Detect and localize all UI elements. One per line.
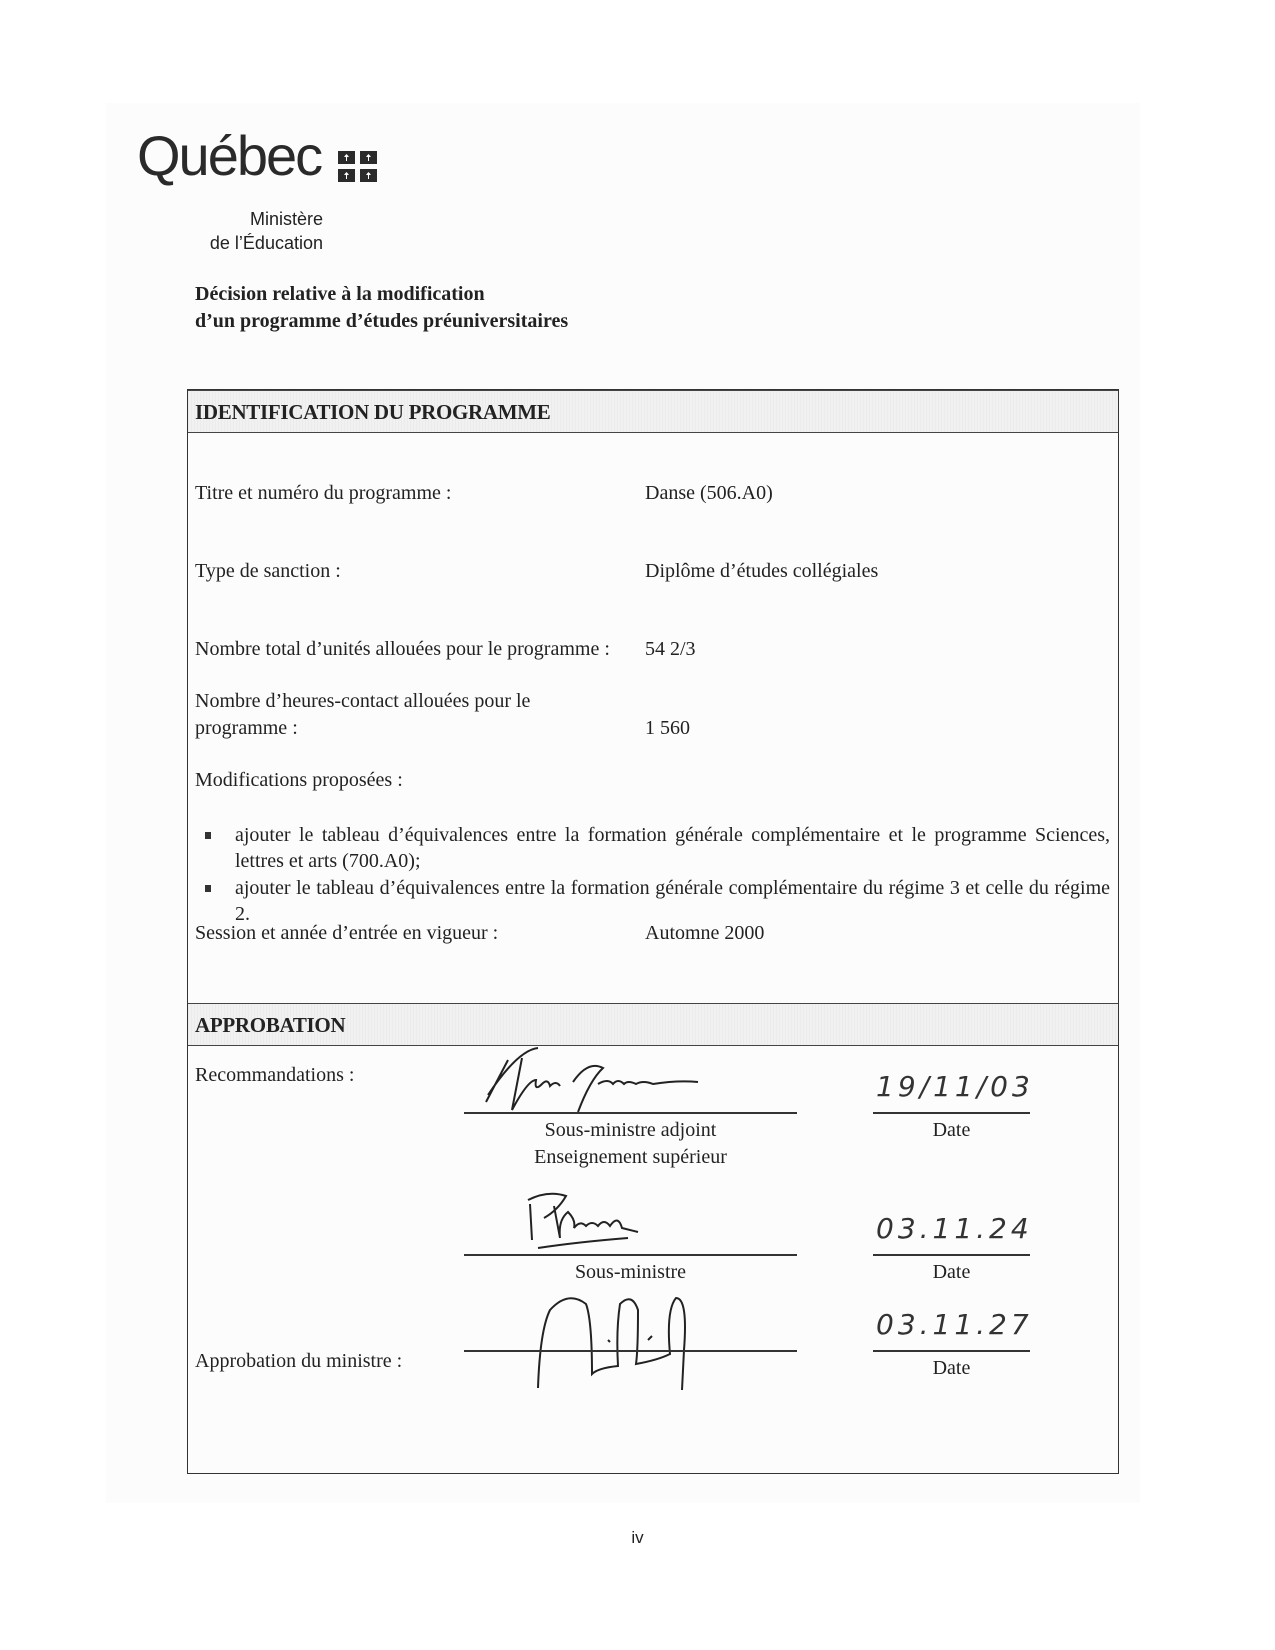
session-value: Automne 2000 [645,920,764,947]
signature-line [464,1350,797,1352]
quebec-logo-wordmark: Québec [137,128,321,184]
signatory-1-title-line-2: Enseignement supérieur [464,1144,797,1171]
total-units-label: Nombre total d’unités allouées pour le p… [195,636,610,663]
bullet-square-icon [205,832,211,839]
signature-line [464,1112,797,1114]
signature-line [464,1254,797,1256]
quebec-flag-icon [338,151,378,183]
program-decision-form: IDENTIFICATION DU PROGRAMME Titre et num… [187,389,1119,1474]
signatory-2-title: Sous-ministre [464,1259,797,1286]
recommandations-label: Recommandations : [195,1062,354,1089]
modification-text: ajouter le tableau d’équivalences entre … [235,824,1110,872]
signatory-1-title: Sous-ministre adjoint Enseignement supér… [464,1117,797,1171]
contact-hours-label-line-1: Nombre d’heures-contact allouées pour le [195,688,530,715]
date-label: Date [873,1355,1030,1382]
bullet-square-icon [205,885,211,892]
signature-sous-ministre [518,1190,718,1260]
ministry-line-1: Ministère [180,207,323,231]
date-line [873,1112,1030,1114]
modification-text: ajouter le tableau d’équivalences entre … [235,877,1110,925]
signature-ministre [528,1290,718,1390]
total-units-value: 54 2/3 [645,636,696,663]
date-line [873,1350,1030,1352]
program-title-label: Titre et numéro du programme : [195,480,451,507]
document-title-line-2: d’un programme d’études préuniversitaire… [195,308,568,335]
contact-hours-value: 1 560 [645,715,690,742]
session-label: Session et année d’entrée en vigueur : [195,920,498,947]
identification-section-header: IDENTIFICATION DU PROGRAMME [188,390,1118,433]
modifications-list: ajouter le tableau d’équivalences entre … [195,822,1110,928]
signature-sous-ministre-adjoint [478,1040,778,1115]
contact-hours-label-line-2: programme : [195,715,298,742]
document-title: Décision relative à la modification d’un… [195,281,568,335]
minister-approval-label: Approbation du ministre : [195,1348,402,1375]
list-item: ajouter le tableau d’équivalences entre … [195,822,1110,874]
date-label: Date [873,1117,1030,1144]
program-title-value: Danse (506.A0) [645,480,773,507]
ministry-name: Ministère de l’Éducation [180,207,323,255]
sanction-type-label: Type de sanction : [195,558,341,585]
minister-handwritten-date: 03.11.27 [876,1308,1033,1341]
identification-heading: IDENTIFICATION DU PROGRAMME [195,400,551,425]
date-label: Date [873,1259,1030,1286]
ministry-line-2: de l’Éducation [180,231,323,255]
modifications-label: Modifications proposées : [195,767,403,794]
approbation-heading: APPROBATION [195,1013,345,1038]
signatory-2-handwritten-date: 03.11.24 [876,1212,1033,1245]
signatory-1-title-line-1: Sous-ministre adjoint [464,1117,797,1144]
sanction-type-value: Diplôme d’études collégiales [645,558,878,585]
document-title-line-1: Décision relative à la modification [195,281,568,308]
date-line [873,1254,1030,1256]
signatory-1-handwritten-date: 19/11/03 [876,1070,1034,1103]
page-number: iv [0,1528,1275,1548]
